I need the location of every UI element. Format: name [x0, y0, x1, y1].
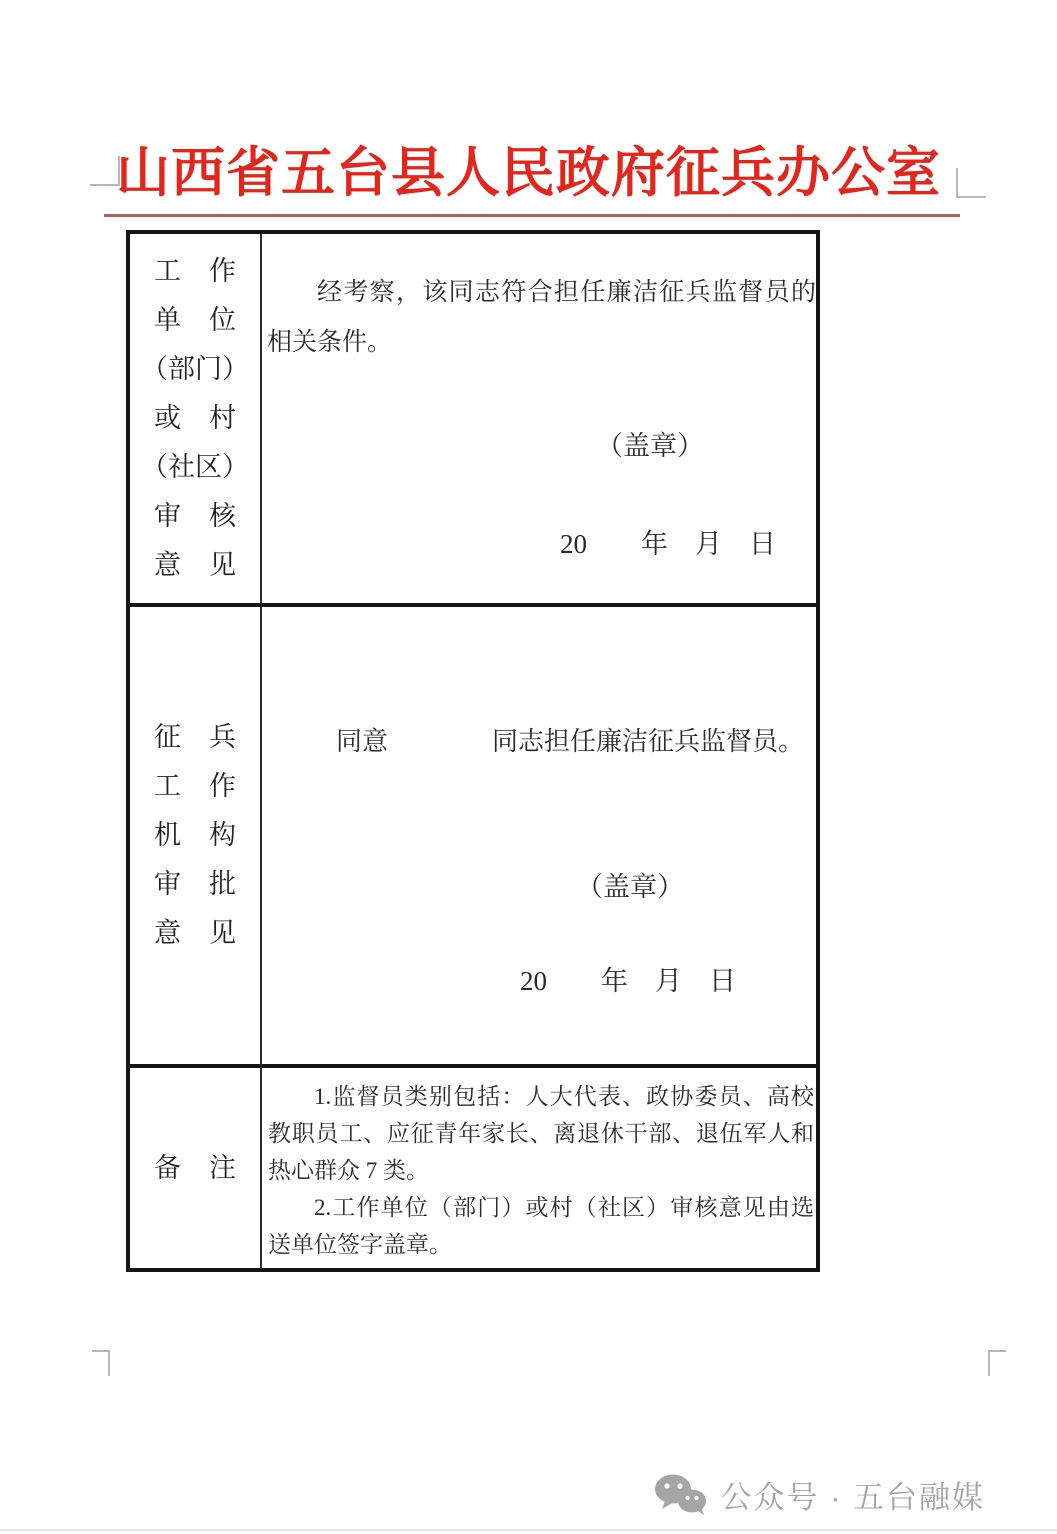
label-line: 备注: [154, 1155, 264, 1182]
remark-item-1: 1.监督员类别包括：人大代表、政协委员、高校教职员工、应征青年家长、离退休干部、…: [268, 1078, 814, 1189]
approval-statement: 同意 同志担任廉洁征兵监督员。: [336, 721, 804, 758]
text-boundary-mark-top-left: [90, 156, 120, 186]
label-line: 或村: [154, 405, 264, 432]
label-line: 意见: [154, 552, 264, 579]
label-line: （社区）: [141, 454, 249, 481]
page-bottom-divider: [0, 1529, 1057, 1531]
label-line: 单位: [154, 307, 264, 334]
watermark-text: 公众号 · 五台融媒: [720, 1472, 985, 1517]
date-placeholder: 20 年 月 日: [560, 522, 776, 561]
remarks-text-block: 1.监督员类别包括：人大代表、政协委员、高校教职员工、应征青年家长、离退休干部、…: [268, 1078, 814, 1263]
seal-placeholder: （盖章）: [596, 424, 704, 463]
remark-item-2: 2.工作单位（部门）或村（社区）审核意见由选送单位签字盖章。: [268, 1189, 814, 1263]
label-line: 审批: [154, 871, 264, 898]
text-boundary-mark-top-right: [956, 168, 986, 198]
row-label-work-unit-review-opinion: 工作 单位 （部门） 或村 （社区） 审核 意见: [130, 234, 262, 607]
review-opinion-text: 经考察，该同志符合担任廉洁征兵监督员的相关条件。: [267, 268, 816, 368]
title-underline: [104, 214, 960, 217]
text-boundary-mark-bottom-right: [988, 1350, 1006, 1376]
wechat-watermark: 公众号 · 五台融媒: [654, 1472, 985, 1517]
label-line: 工作: [154, 258, 264, 285]
label-line: 意见: [154, 920, 264, 947]
label-line: 审核: [154, 503, 264, 530]
text-boundary-mark-bottom-left: [92, 1350, 110, 1376]
label-line: 工作: [154, 773, 264, 800]
label-line: 征兵: [154, 724, 264, 751]
scanned-document-page: 山西省五台县人民政府征兵办公室 工作 单位 （部门） 或村 （社区） 审核 意见…: [0, 0, 1057, 1534]
row-label-remarks: 备注: [130, 1068, 262, 1268]
approval-form-table: 工作 单位 （部门） 或村 （社区） 审核 意见 经考察，该同志符合担任廉洁征兵…: [126, 230, 820, 1272]
seal-placeholder: （盖章）: [576, 865, 684, 904]
row-label-conscription-agency-approval: 征兵 工作 机构 审批 意见: [130, 607, 262, 1068]
date-placeholder: 20 年 月 日: [520, 959, 736, 998]
conscription-agency-approval-cell: 同意 同志担任廉洁征兵监督员。 （盖章） 20 年 月 日: [262, 607, 816, 1068]
remarks-cell: 1.监督员类别包括：人大代表、政协委员、高校教职员工、应征青年家长、离退休干部、…: [262, 1068, 816, 1268]
page-title: 山西省五台县人民政府征兵办公室: [0, 130, 1057, 207]
wechat-icon: [654, 1473, 708, 1517]
work-unit-review-opinion-cell: 经考察，该同志符合担任廉洁征兵监督员的相关条件。 （盖章） 20 年 月 日: [262, 234, 816, 607]
label-line: （部门）: [141, 356, 249, 383]
label-line: 机构: [154, 822, 264, 849]
